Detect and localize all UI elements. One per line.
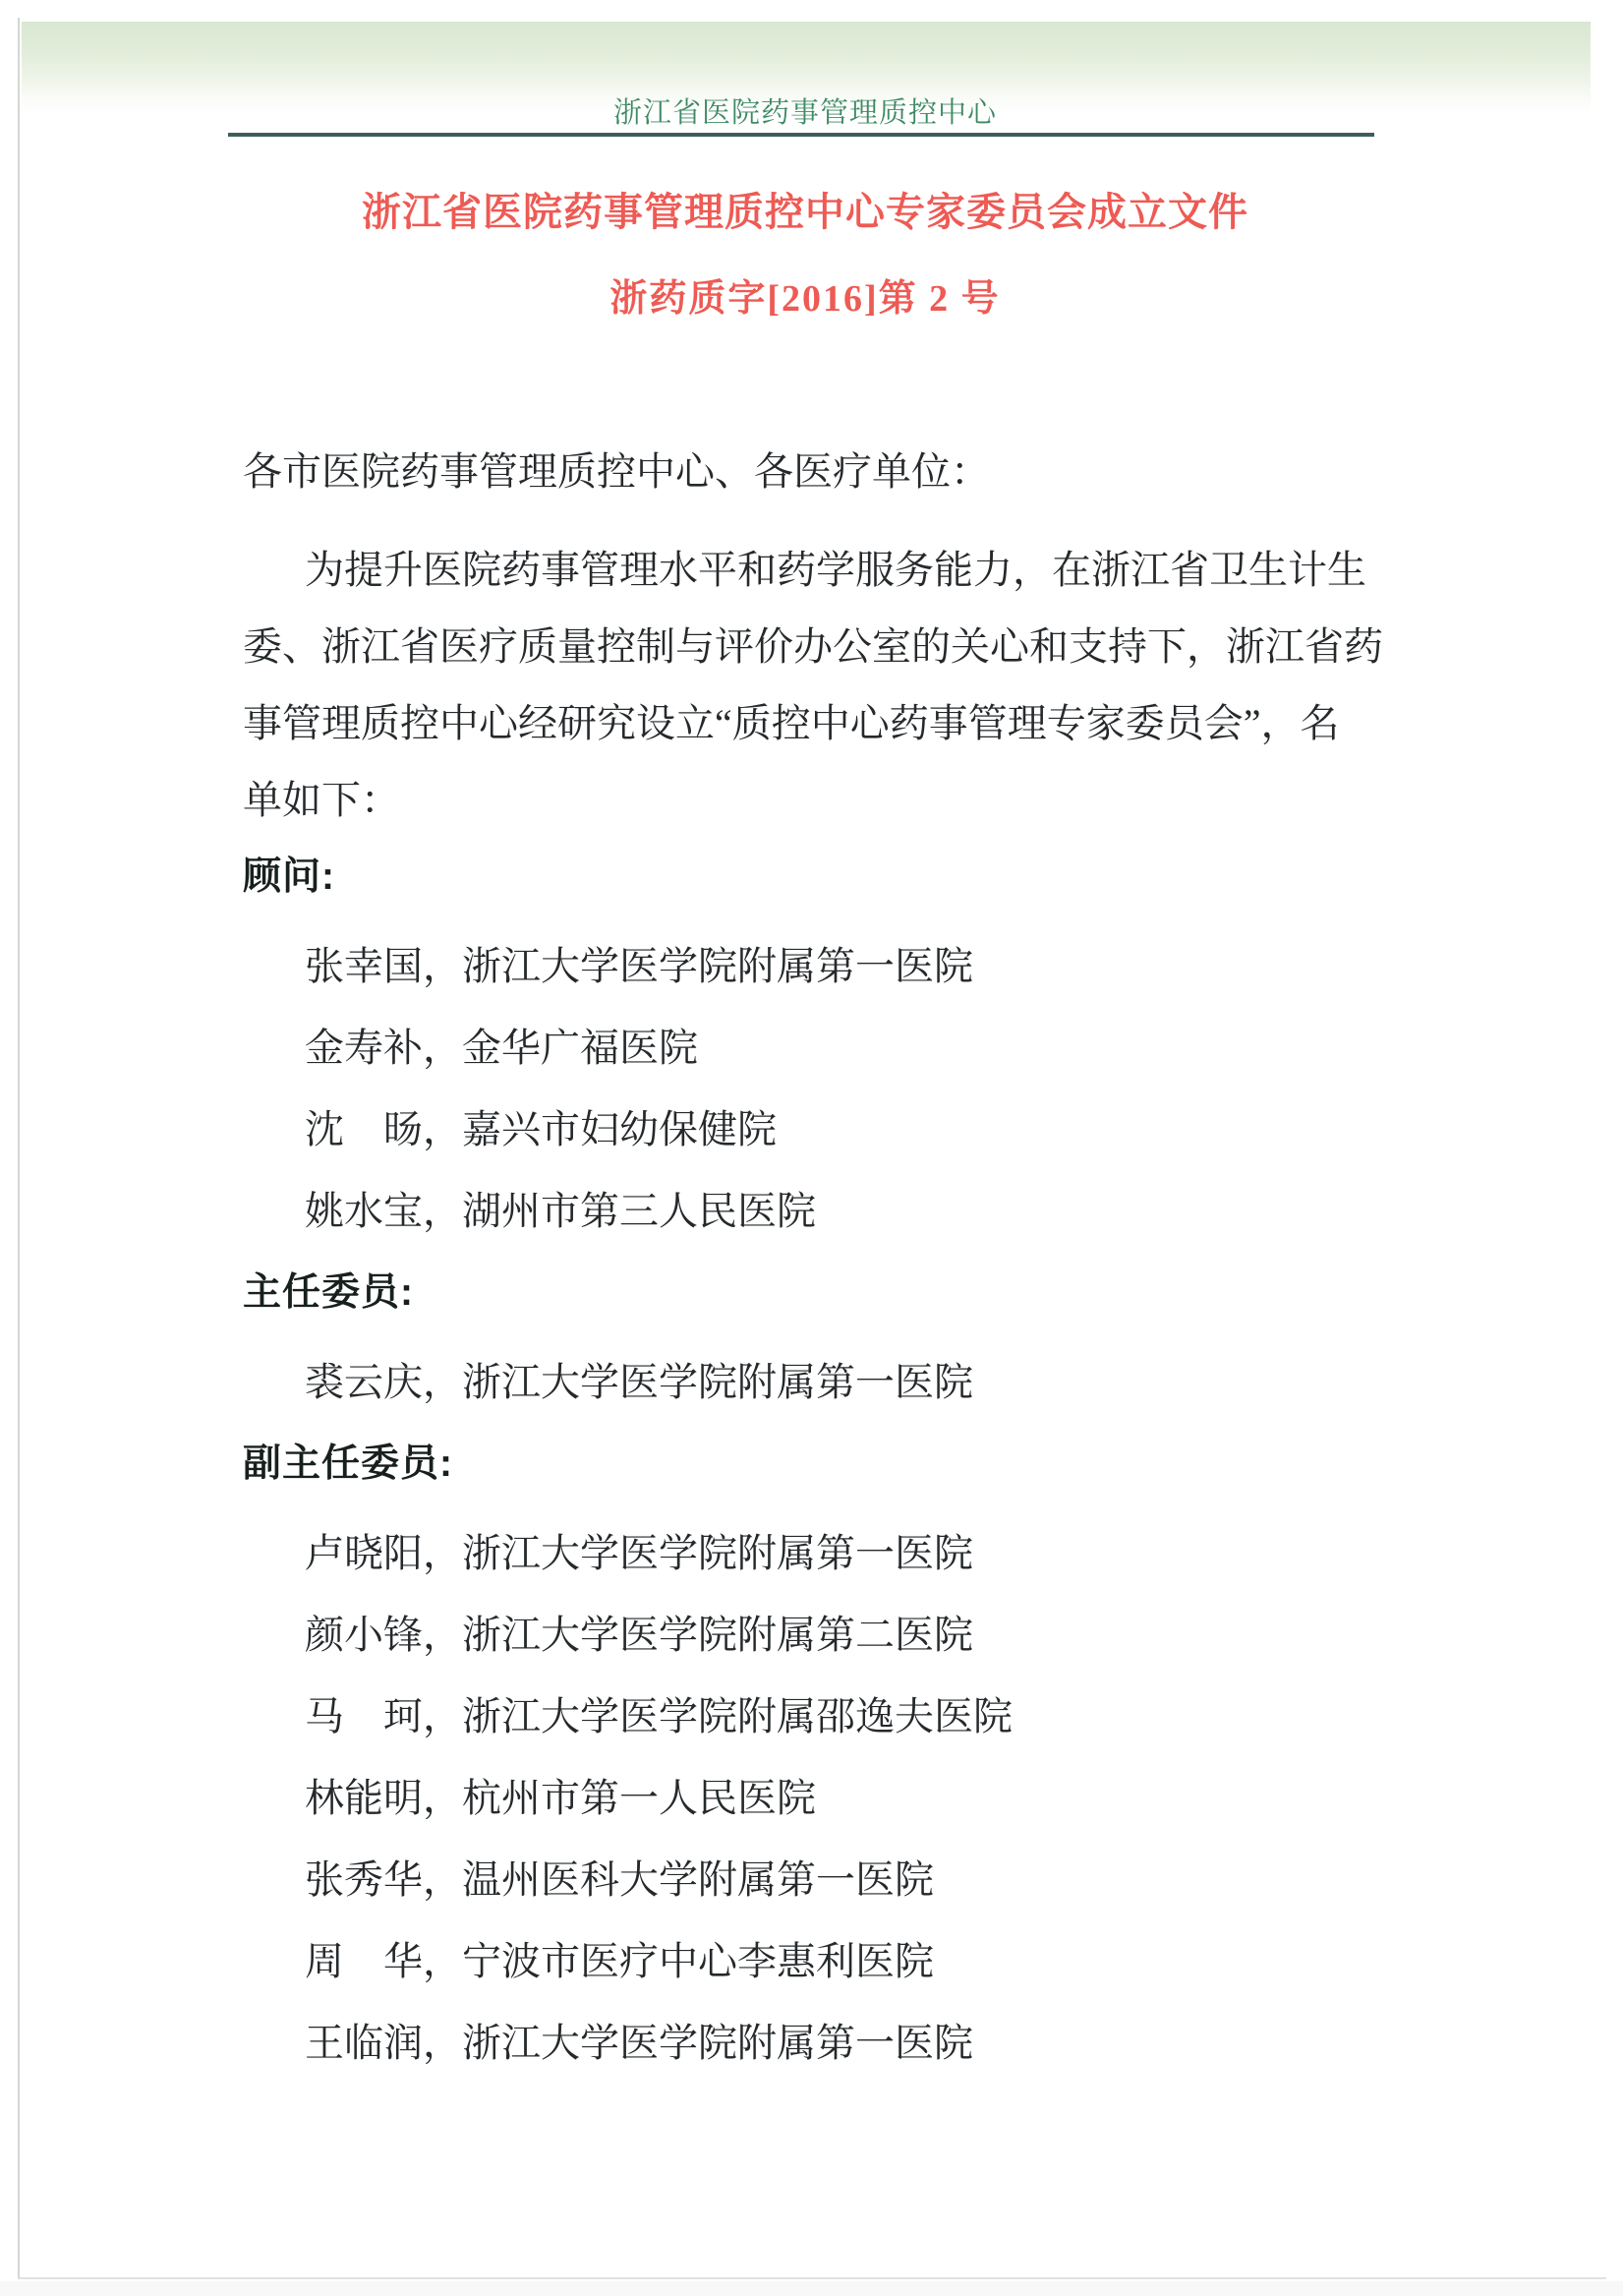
member-line: 沈 旸，嘉兴市妇幼保健院 [243, 1108, 1481, 1151]
member-line: 张秀华，温州医科大学附属第一医院 [243, 1858, 1481, 1902]
section-heading: 顾问: [243, 855, 1481, 899]
letterhead-org-name: 浙江省医院药事管理质控中心 [20, 90, 1591, 131]
committee-sections: 顾问:张幸国，浙江大学医学院附属第一医院金寿补，金华广福医院沈 旸，嘉兴市妇幼保… [243, 855, 1481, 2065]
intro-line: 单如下： [243, 779, 1481, 822]
member-line: 颜小锋，浙江大学医学院附属第二医院 [243, 1614, 1481, 1657]
intro-line: 事管理质控中心经研究设立“质控中心药事管理专家委员会”，名 [243, 702, 1481, 745]
member-line: 张幸国，浙江大学医学院附属第一医院 [243, 945, 1481, 988]
letterhead-rule [228, 133, 1374, 137]
member-line: 金寿补，金华广福医院 [243, 1027, 1481, 1070]
salutation-line: 各市医院药事管理质控中心、各医疗单位： [243, 450, 1481, 494]
document-number: 浙药质字[2016]第 2 号 [20, 277, 1591, 321]
section-heading: 主任委员: [243, 1271, 1481, 1315]
title-block: 浙江省医院药事管理质控中心专家委员会成立文件 浙药质字[2016]第 2 号 [20, 189, 1591, 321]
scan-bottom-edge [0, 2281, 1623, 2296]
member-line: 卢晓阳，浙江大学医学院附属第一医院 [243, 1532, 1481, 1575]
member-line: 王临润，浙江大学医学院附属第一医院 [243, 2022, 1481, 2065]
document-body: 各市医院药事管理质控中心、各医疗单位： 为提升医院药事管理水平和药学服务能力，在… [243, 450, 1481, 2103]
member-line: 周 华，宁波市医疗中心李惠利医院 [243, 1940, 1481, 1983]
section-heading: 副主任委员: [243, 1442, 1481, 1486]
document-title: 浙江省医院药事管理质控中心专家委员会成立文件 [20, 189, 1591, 236]
member-line: 马 珂，浙江大学医学院附属邵逸夫医院 [243, 1695, 1481, 1738]
member-line: 裘云庆，浙江大学医学院附属第一医院 [243, 1361, 1481, 1404]
intro-line: 委、浙江省医疗质量控制与评价办公室的关心和支持下，浙江省药 [243, 625, 1481, 669]
document-page: 浙江省医院药事管理质控中心 浙江省医院药事管理质控中心专家委员会成立文件 浙药质… [18, 18, 1606, 2279]
member-line: 姚水宝，湖州市第三人民医院 [243, 1190, 1481, 1233]
member-line: 林能明，杭州市第一人民医院 [243, 1777, 1481, 1820]
intro-line: 为提升医院药事管理水平和药学服务能力，在浙江省卫生计生 [243, 549, 1481, 592]
